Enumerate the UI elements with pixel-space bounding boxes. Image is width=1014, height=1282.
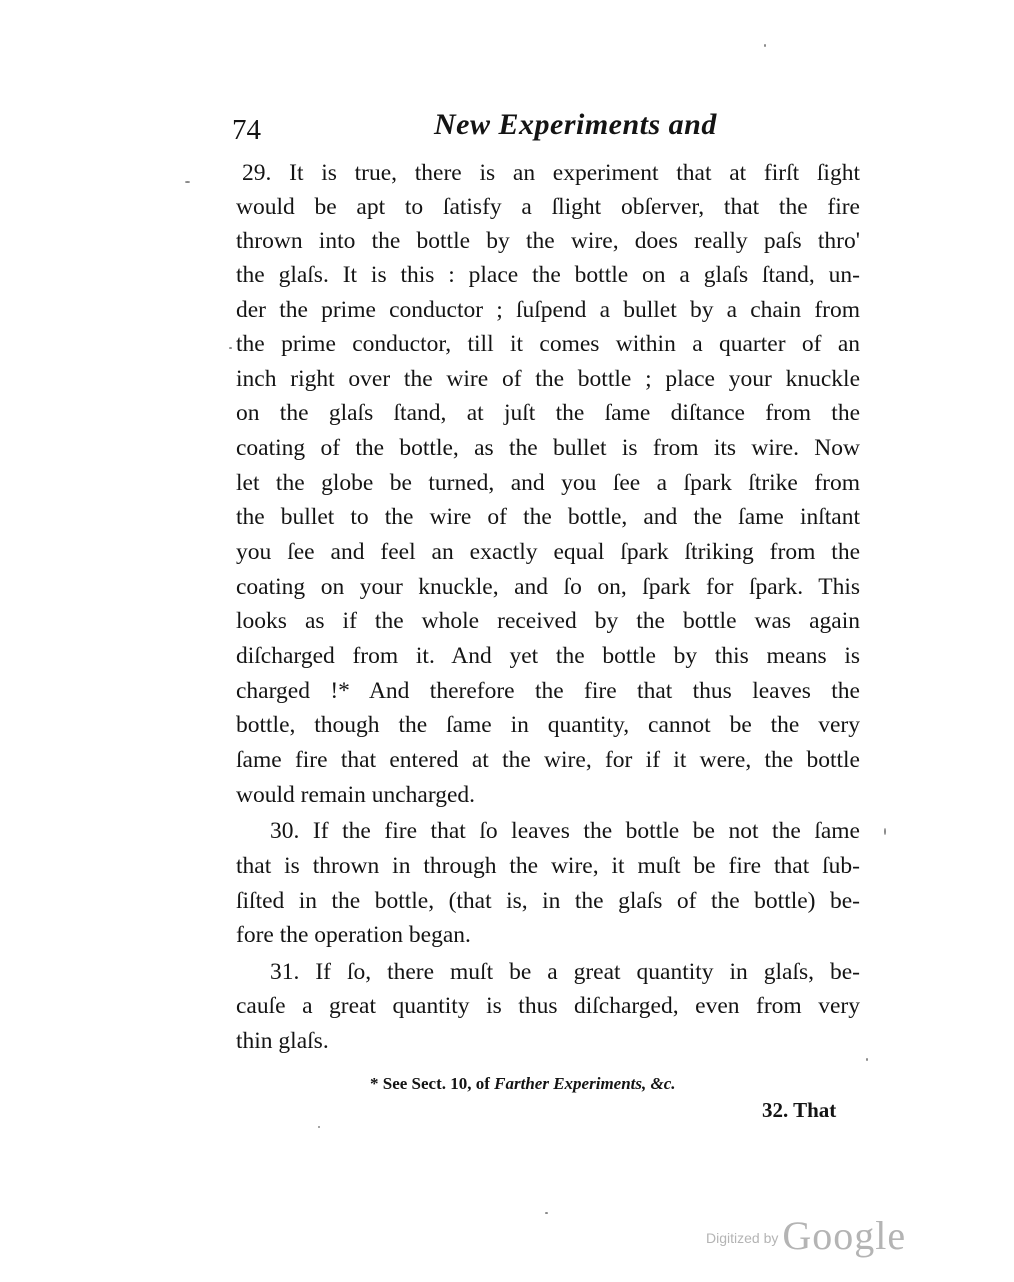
- paragraph-29-line: ſame fire that entered at the wire, for …: [236, 743, 860, 777]
- footnote-title: Farther Experiments, &c.: [494, 1074, 675, 1093]
- paragraph-29-line: you ſee and feel an exactly equal ſpark …: [236, 535, 860, 569]
- scan-speck: [884, 828, 886, 835]
- paragraph-30-line: fore the operation began.: [236, 918, 860, 952]
- scan-speck: [764, 44, 766, 47]
- paragraph-29-line: looks as if the whole received by the bo…: [236, 604, 860, 638]
- scan-speck: [866, 1058, 868, 1061]
- paragraph-29-line: 29. It is true, there is an experiment t…: [242, 156, 860, 190]
- catchword: 32. That: [762, 1098, 836, 1123]
- paragraph-30-line: that is thrown in through the wire, it m…: [236, 849, 860, 883]
- paragraph-30-line: 30. If the fire that ſo leaves the bottl…: [270, 814, 860, 848]
- paragraph-29-line: the bullet to the wire of the bottle, an…: [236, 500, 860, 534]
- paragraph-29-line: bottle, though the ſame in quantity, can…: [236, 708, 860, 742]
- paragraph-31-line: cauſe a great quantity is thus diſcharge…: [236, 989, 860, 1023]
- paragraph-29-line: coating on your knuckle, and ſo on, ſpar…: [236, 570, 860, 604]
- footnote-prefix: See Sect. 10, of: [383, 1074, 490, 1093]
- scan-speck: [185, 181, 190, 183]
- paragraph-29-line: diſcharged from it. And yet the bottle b…: [236, 639, 860, 673]
- digitized-watermark: Digitized by Google: [706, 1212, 906, 1259]
- paragraph-29-line: on the glaſs ſtand, at juſt the ſame diſ…: [236, 396, 860, 430]
- paragraph-29-line: let the globe be turned, and you ſee a ſ…: [236, 466, 860, 500]
- book-page: 74 New Experiments and 29. It is true, t…: [0, 0, 1014, 1282]
- paragraph-29-line: the prime conductor, till it comes withi…: [236, 327, 860, 361]
- scan-speck: [545, 1212, 548, 1214]
- watermark-prefix: Digitized by: [706, 1230, 778, 1246]
- page-number: 74: [232, 114, 261, 147]
- google-logo-text: Google: [782, 1213, 906, 1258]
- scan-speck: [229, 347, 232, 349]
- paragraph-29-line: thrown into the bottle by the wire, does…: [236, 224, 860, 258]
- page-header: 74 New Experiments and: [232, 106, 862, 150]
- paragraph-29-line: der the prime conductor ; ſuſpend a bull…: [236, 293, 860, 327]
- running-title: New Experiments and: [434, 108, 717, 142]
- paragraph-29-line: would remain uncharged.: [236, 778, 860, 812]
- scan-speck: [318, 1126, 320, 1128]
- paragraph-29-line: would be apt to ſatisfy a ſlight obſerve…: [236, 190, 860, 224]
- paragraph-30-line: ſiſted in the bottle, (that is, in the g…: [236, 884, 860, 918]
- footnote-marker: *: [370, 1074, 379, 1093]
- footnote: * See Sect. 10, of Farther Experiments, …: [370, 1074, 676, 1094]
- paragraph-31-line: thin glaſs.: [236, 1024, 860, 1058]
- paragraph-29-line: coating of the bottle, as the bullet is …: [236, 431, 860, 465]
- paragraph-31-line: 31. If ſo, there muſt be a great quantit…: [270, 955, 860, 989]
- paragraph-29-line: inch right over the wire of the bottle ;…: [236, 362, 860, 396]
- paragraph-29-line: charged !* And therefore the fire that t…: [236, 674, 860, 708]
- paragraph-29-line: the glaſs. It is this : place the bottle…: [236, 258, 860, 292]
